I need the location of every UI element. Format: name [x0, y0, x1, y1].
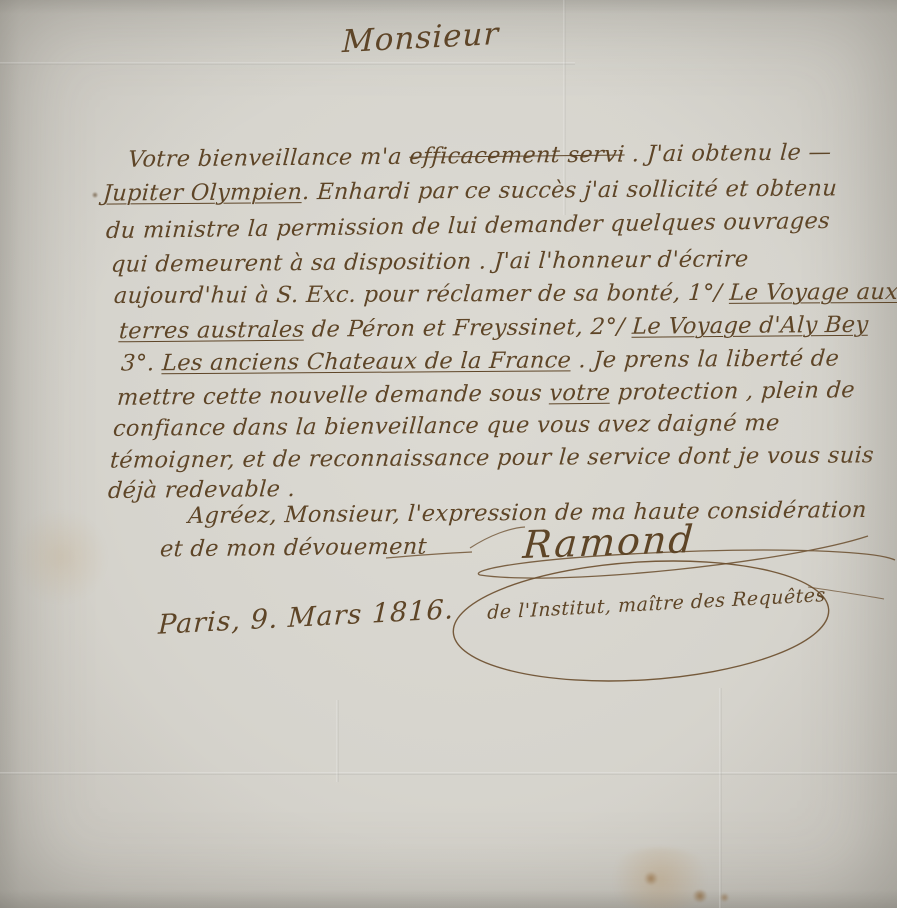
line-text: qui demeurent à sa disposition . J'ai l'…	[110, 246, 749, 278]
underlined-text: votre	[549, 380, 611, 407]
fold-crease-horizontal-top	[0, 62, 575, 65]
line-text: témoigner, et de reconnaissance pour le …	[109, 442, 875, 473]
letter-line-9: confiance dans la bienveillance que vous…	[112, 410, 780, 442]
ink-dot	[92, 192, 98, 198]
salutation: Monsieur	[342, 16, 500, 60]
fold-crease-horizontal-bottom	[0, 772, 897, 775]
fold-crease-vertical-bottom-right	[719, 688, 722, 908]
paper-speck-1	[644, 872, 658, 885]
letter-line-6: terres australes de Péron et Freyssinet,…	[118, 312, 869, 345]
letter-line-4: qui demeurent à sa disposition . J'ai l'…	[110, 246, 749, 278]
paper-stain-left	[15, 508, 107, 606]
underlined-title: Jupiter Olympien	[102, 179, 303, 206]
paper-stain-bottom	[600, 848, 720, 908]
paper-speck-2	[692, 890, 708, 902]
letter-line-8: mettre cette nouvelle demande sous votre…	[116, 377, 855, 411]
letter-line-10: témoigner, et de reconnaissance pour le …	[109, 442, 875, 473]
fold-crease-vertical-bottom-left	[336, 700, 339, 782]
line-text: du ministre la permission de lui demande…	[105, 208, 830, 244]
line-text: 3°.	[120, 350, 163, 376]
signature-title: de l'Institut, maître des Requêtes	[487, 584, 826, 624]
line-text: . J'ai obtenu le —	[624, 139, 832, 167]
letter-line-2: Jupiter Olympien. Enhardi par ce succès …	[102, 175, 838, 206]
line-text: de Péron et Freyssinet, 2°/	[304, 314, 633, 343]
letter-line-11: déjà redevable .	[107, 476, 296, 504]
letter-line-7: 3°. Les anciens Chateaux de la France . …	[120, 345, 840, 376]
line-text: . Enhardi par ce succès j'ai sollicité e…	[301, 175, 837, 205]
letter-page: Monsieur Votre bienveillance m'a efficac…	[0, 0, 897, 908]
line-text: protection , plein de	[610, 377, 856, 406]
struck-text: efficacement servi	[409, 141, 626, 169]
underlined-title: Les anciens Chateaux de la France	[161, 347, 572, 376]
underlined-title: Le Voyage aux	[729, 279, 897, 306]
signature: Ramond	[522, 517, 697, 567]
line-text: aujourd'hui à S. Exc. pour réclamer de s…	[113, 280, 730, 309]
letter-line-5: aujourd'hui à S. Exc. pour réclamer de s…	[113, 279, 897, 309]
letter-line-1: Votre bienveillance m'a efficacement ser…	[127, 139, 832, 172]
line-text: . Je prens la liberté de	[570, 345, 840, 373]
underlined-title: terres australes	[118, 317, 305, 345]
dateline: Paris, 9. Mars 1816.	[158, 594, 455, 641]
line-text: Votre bienveillance m'a	[127, 144, 410, 173]
letter-line-3: du ministre la permission de lui demande…	[105, 208, 830, 244]
line-text: déjà redevable .	[107, 476, 296, 504]
paper-speck-3	[720, 893, 729, 902]
underlined-title: Le Voyage d'Aly Bey	[631, 312, 869, 340]
letter-line-13: et de mon dévouement	[159, 534, 427, 563]
line-text: confiance dans la bienveillance que vous…	[112, 410, 780, 442]
line-text: mettre cette nouvelle demande sous	[116, 380, 550, 411]
line-text: et de mon dévouement	[159, 534, 427, 563]
